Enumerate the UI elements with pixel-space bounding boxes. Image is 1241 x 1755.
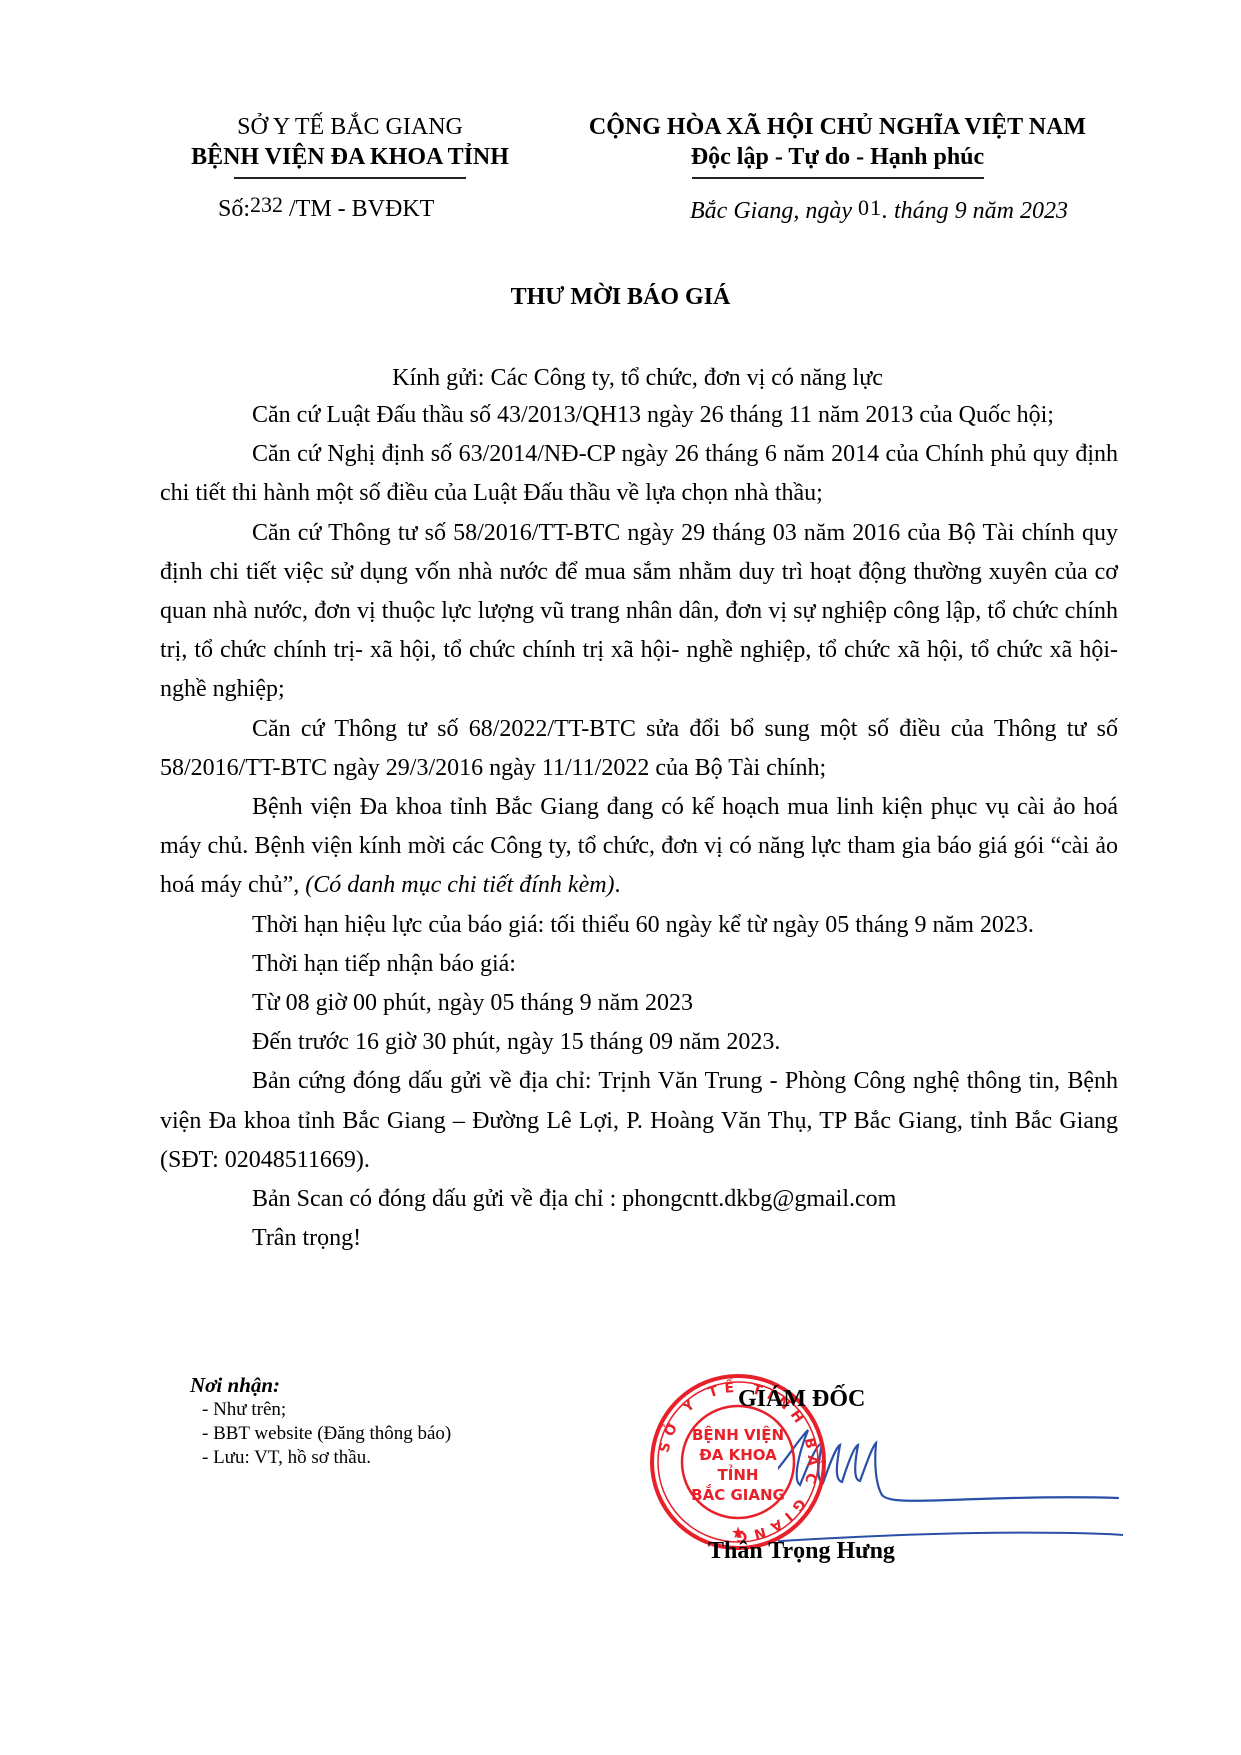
doc-number-value: 232 — [250, 192, 283, 217]
receipt-to: Đến trước 16 giờ 30 phút, ngày 15 tháng … — [160, 1023, 1118, 1062]
legal-basis-4: Căn cứ Thông tư số 68/2022/TT-BTC sửa đổ… — [160, 710, 1118, 788]
national-title-block: CỘNG HÒA XÃ HỘI CHỦ NGHĨA VIỆT NAM Độc l… — [555, 112, 1120, 179]
legal-basis-2: Căn cứ Nghị định số 63/2014/NĐ-CP ngày 2… — [160, 435, 1118, 513]
organization-underline — [234, 177, 466, 179]
recipients-block: Nơi nhận: - Như trên; - BBT website (Đăn… — [190, 1372, 570, 1470]
doc-number-prefix: Số: — [218, 196, 250, 222]
country-name: CỘNG HÒA XÃ HỘI CHỦ NGHĨA VIỆT NAM — [555, 112, 1120, 142]
plan-text: Bệnh viện Đa khoa tỉnh Bắc Giang đang có… — [160, 794, 1118, 898]
signatory-position: GIÁM ĐỐC — [738, 1386, 865, 1413]
recipient-item: - Như trên; — [190, 1398, 570, 1422]
scan-email: Bản Scan có đóng dấu gửi về địa chỉ : ph… — [160, 1180, 1118, 1219]
doc-number-suffix: /TM - BVĐKT — [283, 196, 434, 222]
closing: Trân trọng! — [160, 1219, 1118, 1258]
procurement-plan: Bệnh viện Đa khoa tỉnh Bắc Giang đang có… — [160, 788, 1118, 906]
document-title: THƯ MỜI BÁO GIÁ — [0, 284, 1241, 311]
legal-basis-3: Căn cứ Thông tư số 58/2016/TT-BTC ngày 2… — [160, 514, 1118, 710]
plan-end: . — [615, 872, 621, 898]
receipt-from: Từ 08 giờ 00 phút, ngày 05 tháng 9 năm 2… — [160, 984, 1118, 1023]
date-day: 01 — [858, 195, 882, 220]
recipients-title: Nơi nhận: — [190, 1372, 570, 1398]
recipient-item: - BBT website (Đăng thông báo) — [190, 1422, 570, 1446]
agency-name: SỞ Y TẾ BẮC GIANG — [150, 112, 550, 142]
organization-name: BỆNH VIỆN ĐA KHOA TỈNH — [150, 142, 550, 172]
stamp-line-2: ĐA KHOA — [699, 1446, 777, 1464]
stamp-line-4: BẮC GIANG — [691, 1483, 785, 1504]
document-number: Số:232 /TM - BVĐKT — [218, 196, 434, 223]
greeting: Kính gửi: Các Công ty, tổ chức, đơn vị c… — [0, 365, 1241, 392]
quote-validity: Thời hạn hiệu lực của báo giá: tối thiểu… — [160, 906, 1118, 945]
date-suffix: . tháng 9 năm 2023 — [882, 198, 1068, 224]
date-prefix: Bắc Giang, ngày — [690, 198, 858, 224]
signatory-name: Thân Trọng Hưng — [708, 1538, 895, 1565]
hardcopy-address: Bản cứng đóng dấu gửi về địa chỉ: Trịnh … — [160, 1062, 1118, 1180]
receipt-heading: Thời hạn tiếp nhận báo giá: — [160, 945, 1118, 984]
motto-underline — [692, 177, 984, 179]
letter-body: Căn cứ Luật Đấu thầu số 43/2013/QH13 ngà… — [160, 396, 1118, 1258]
national-motto: Độc lập - Tự do - Hạnh phúc — [555, 142, 1120, 172]
stamp-line-1: BỆNH VIỆN — [692, 1424, 784, 1444]
issuing-authority-block: SỞ Y TẾ BẮC GIANG BỆNH VIỆN ĐA KHOA TỈNH — [150, 112, 550, 179]
recipient-item: - Lưu: VT, hồ sơ thầu. — [190, 1446, 570, 1470]
issue-date: Bắc Giang, ngày 01. tháng 9 năm 2023 — [690, 198, 1068, 225]
stamp-line-3: TỈNH — [718, 1463, 759, 1484]
legal-basis-1: Căn cứ Luật Đấu thầu số 43/2013/QH13 ngà… — [160, 396, 1118, 435]
plan-attachment-note: (Có danh mục chi tiết đính kèm) — [305, 872, 614, 898]
